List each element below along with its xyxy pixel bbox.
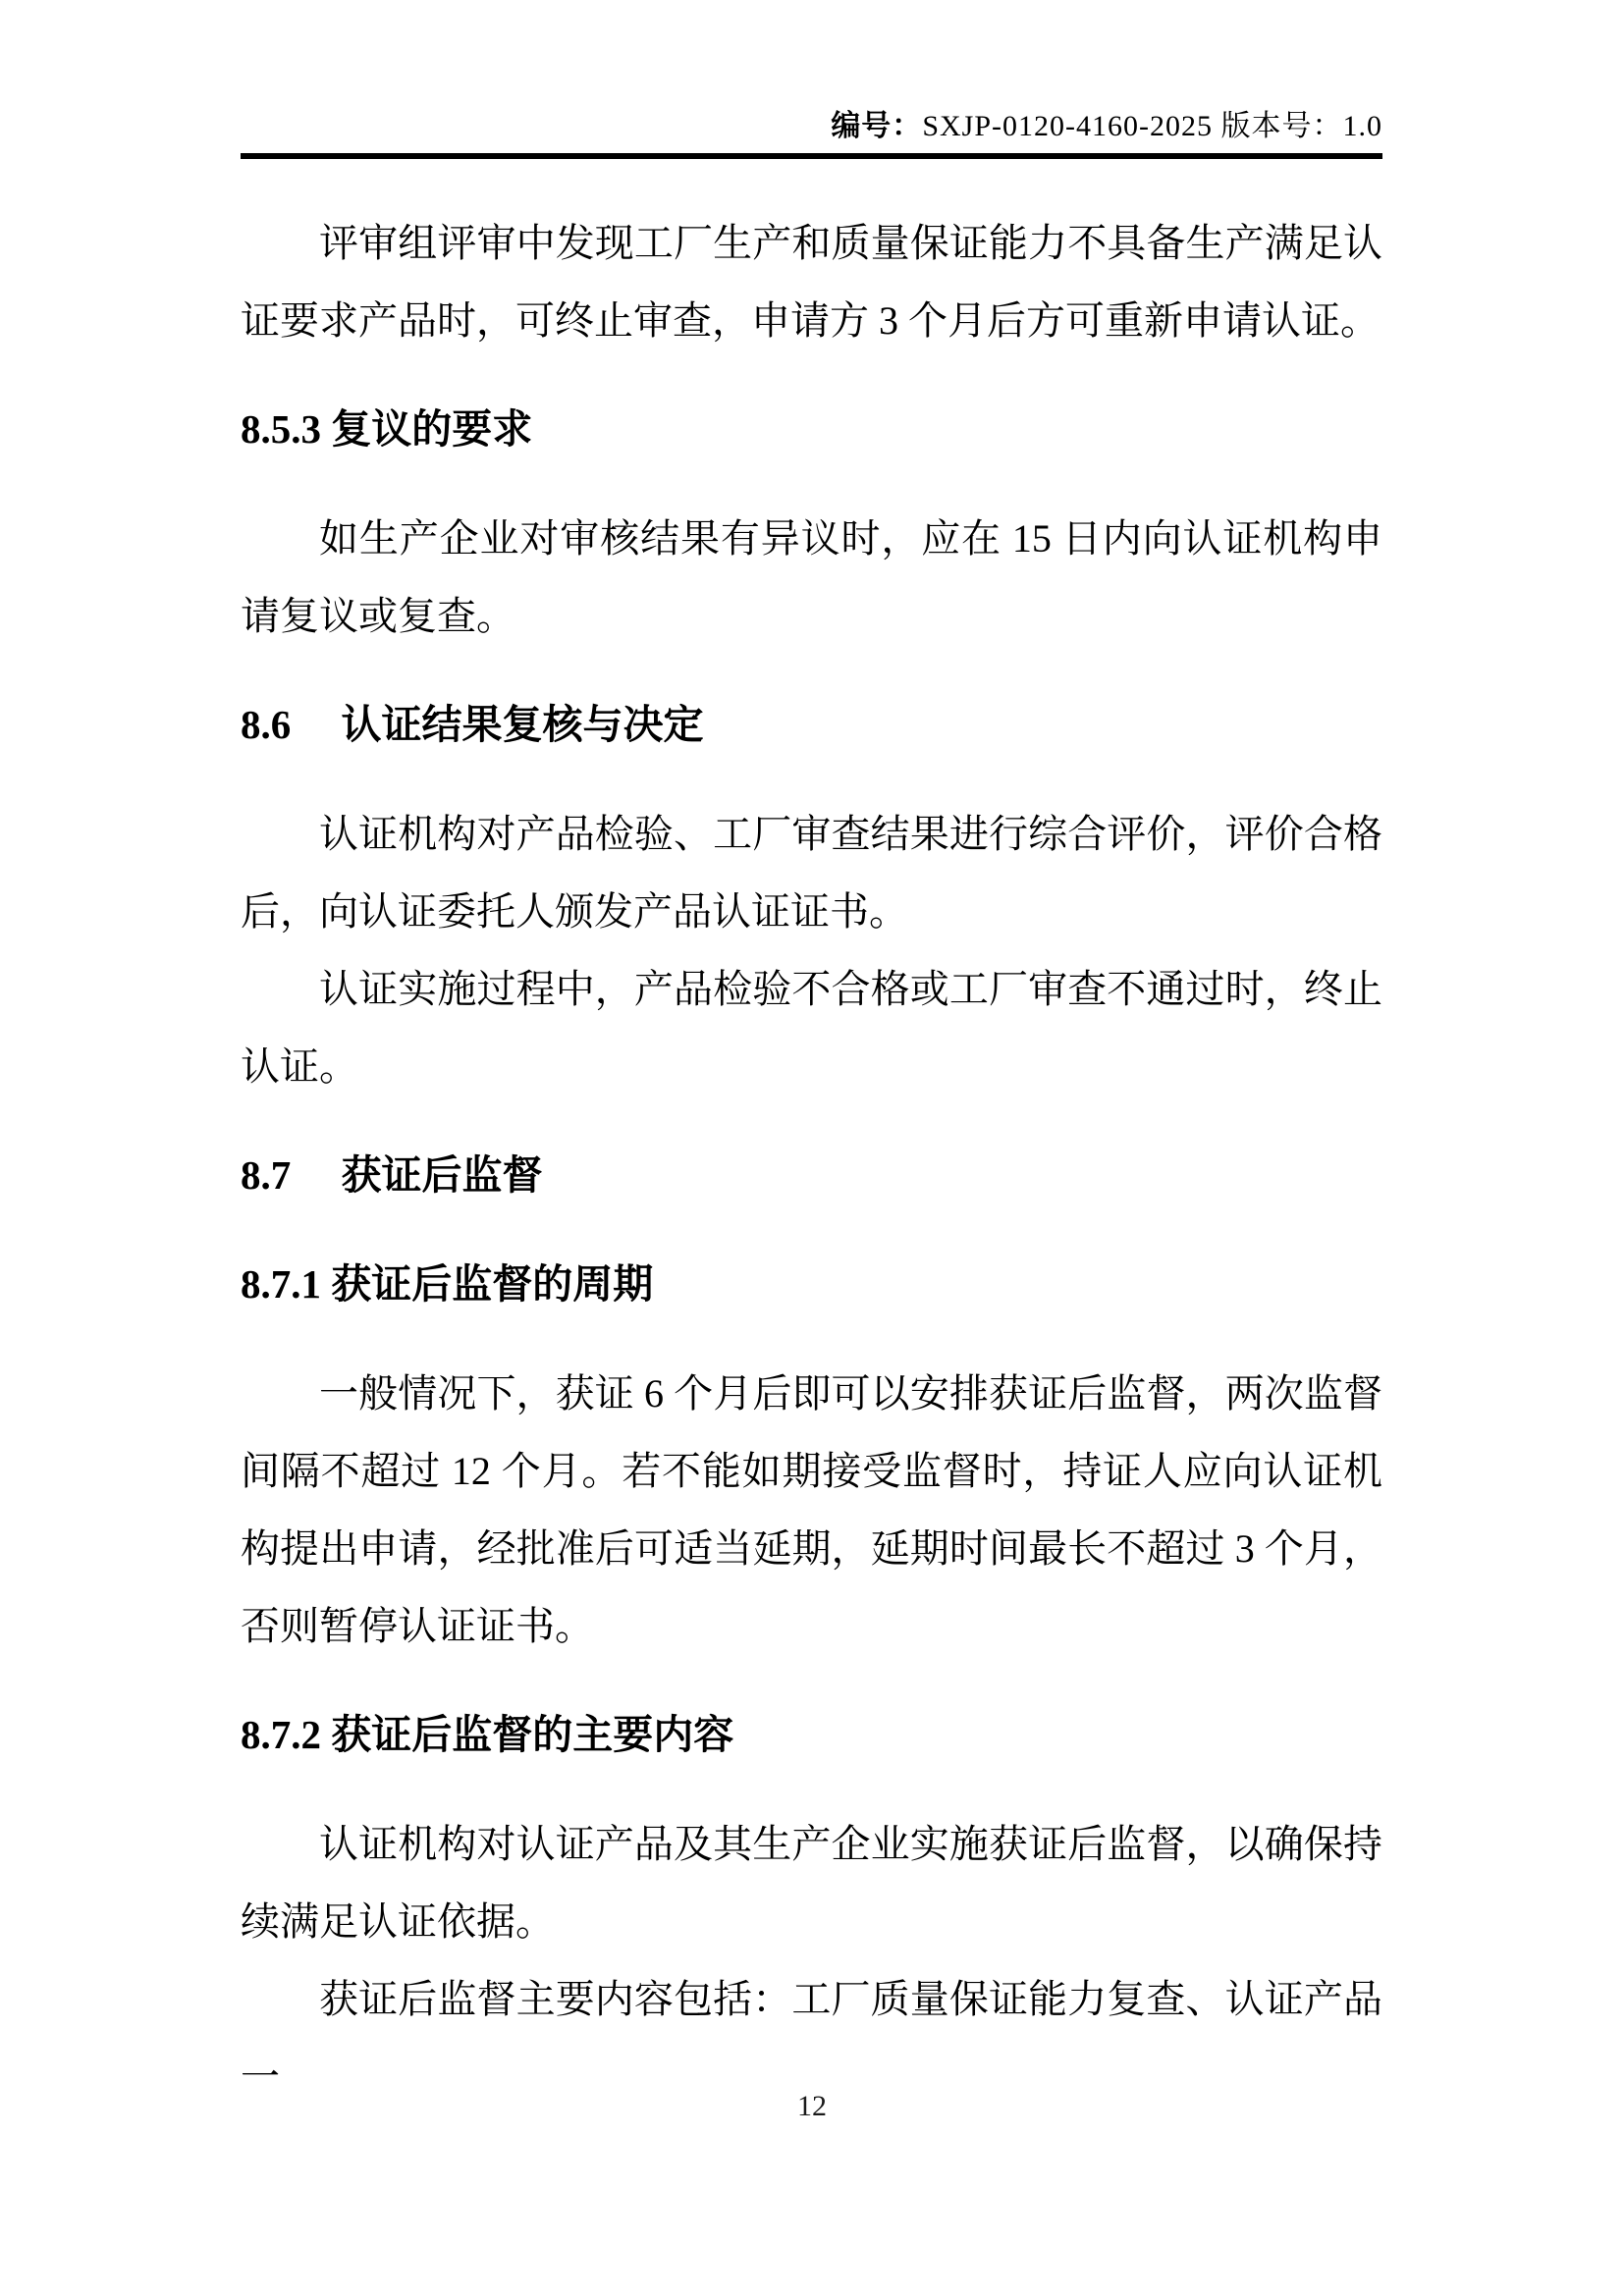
heading-8-7-1: 8.7.1 获证后监督的周期 bbox=[241, 1246, 1382, 1323]
heading-8-7-2: 8.7.2 获证后监督的主要内容 bbox=[241, 1696, 1382, 1774]
paragraph-objection: 如生产企业对审核结果有异议时，应在 15 日内向认证机构申请复议或复查。 bbox=[241, 500, 1382, 655]
paragraph-supervision-cycle: 一般情况下，获证 6 个月后即可以安排获证后监督，两次监督间隔不超过 12 个月… bbox=[241, 1355, 1382, 1665]
heading-8-7: 8.7 获证后监督 bbox=[241, 1137, 1382, 1214]
header-spacer bbox=[1213, 110, 1221, 142]
document-body: 评审组评审中发现工厂生产和质量保证能力不具备生产满足认证要求产品时，可终止审查，… bbox=[241, 159, 1382, 2115]
version-value: 1.0 bbox=[1343, 110, 1383, 142]
paragraph-termination: 认证实施过程中，产品检验不合格或工厂审查不通过时，终止认证。 bbox=[241, 950, 1382, 1105]
page-header: 编号：SXJP-0120-4160-2025 版本号：1.0 bbox=[241, 0, 1382, 159]
heading-8-5-3: 8.5.3 复议的要求 bbox=[241, 391, 1382, 468]
heading-8-6: 8.6 认证结果复核与决定 bbox=[241, 686, 1382, 764]
document-page: 编号：SXJP-0120-4160-2025 版本号：1.0 评审组评审中发现工… bbox=[0, 0, 1624, 2296]
paragraph-evaluation: 认证机构对产品检验、工厂审查结果进行综合评价，评价合格后，向认证委托人颁发产品认… bbox=[241, 795, 1382, 950]
paragraph-supervision-purpose: 认证机构对认证产品及其生产企业实施获证后监督，以确保持续满足认证依据。 bbox=[241, 1805, 1382, 1960]
page-footer: 12 bbox=[0, 2089, 1624, 2124]
header-text: 编号：SXJP-0120-4160-2025 版本号：1.0 bbox=[241, 0, 1382, 143]
version-label: 版本号： bbox=[1221, 110, 1343, 142]
paragraph-review-termination: 评审组评审中发现工厂生产和质量保证能力不具备生产满足认证要求产品时，可终止审查，… bbox=[241, 204, 1382, 359]
doc-number-label: 编号： bbox=[831, 110, 922, 142]
page-number: 12 bbox=[797, 2090, 827, 2122]
doc-number-value: SXJP-0120-4160-2025 bbox=[922, 110, 1213, 142]
